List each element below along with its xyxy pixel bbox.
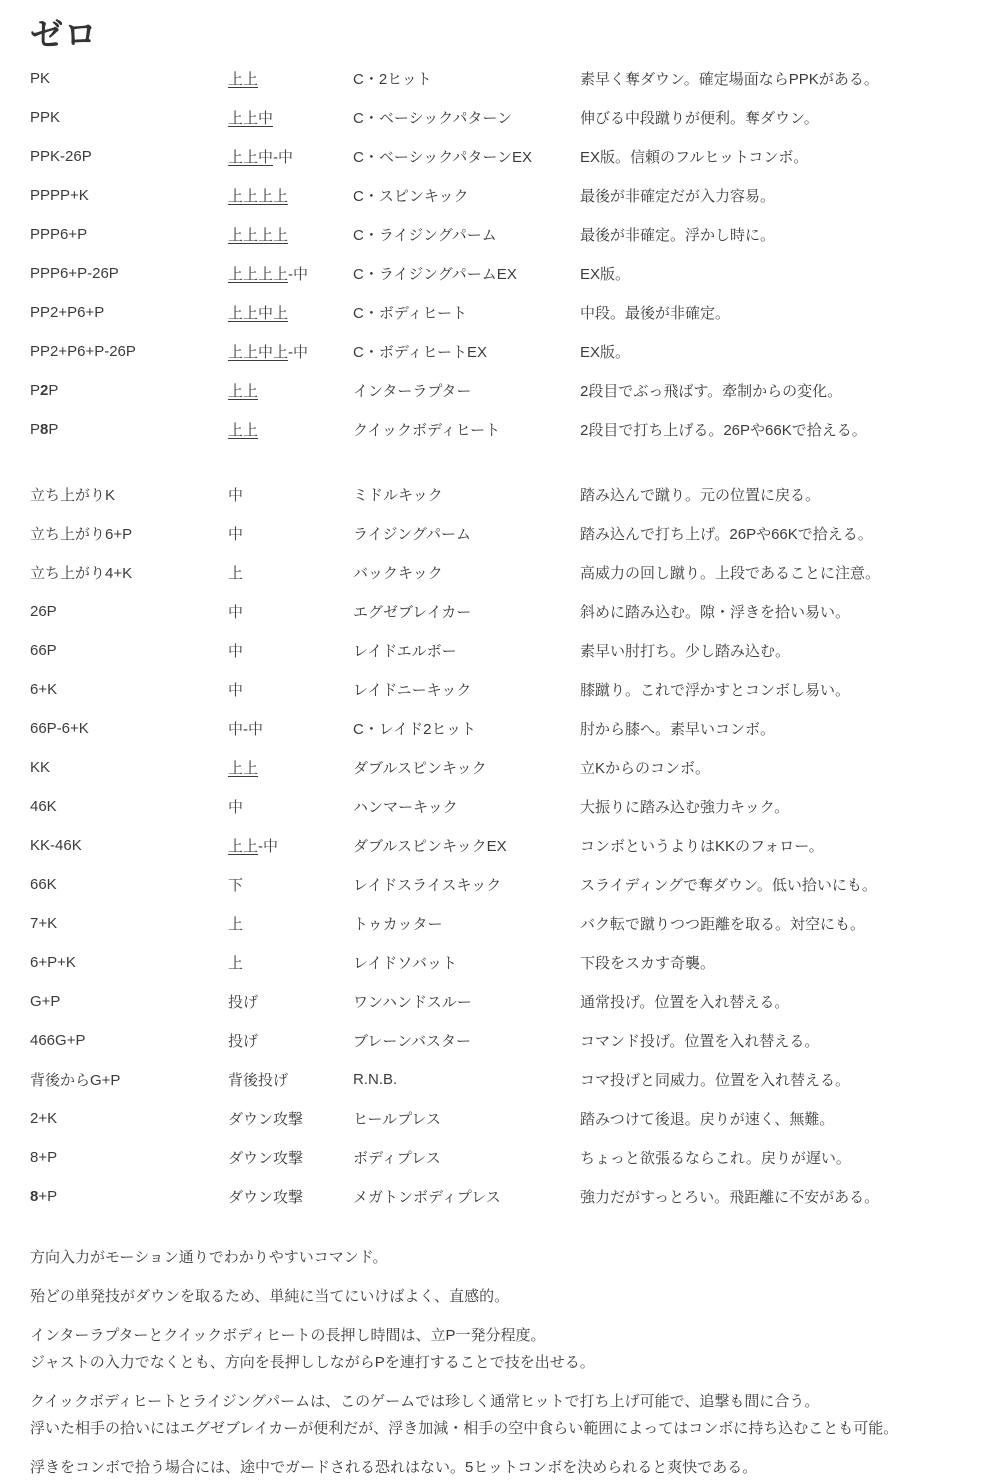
command-segment: 66P-6+K	[30, 720, 89, 737]
move-description-cell: 伸びる中段蹴りが便利。奪ダウン。	[580, 107, 960, 128]
table-row: 7+K上トゥカッターバク転で蹴りつつ距離を取る。対空にも。	[30, 904, 960, 943]
table-row: 立ち上がり6+P中ライジングパーム踏み込んで打ち上げ。26Pや66Kで拾える。	[30, 514, 960, 553]
hit-level-segment: 中-中	[228, 721, 263, 738]
move-name-cell: ダブルスピンキックEX	[353, 835, 580, 856]
command-segment: 8+P	[30, 1149, 57, 1166]
command-segment: PPK	[30, 109, 60, 126]
hit-level-cell: 中	[228, 523, 353, 544]
section-gap	[30, 449, 960, 475]
table-row: 26P中エグゼブレイカー斜めに踏み込む。隙・浮きを拾い易い。	[30, 592, 960, 631]
table-row: P8P上上クイックボディヒート2段目で打ち上げる。26Pや66Kで拾える。	[30, 410, 960, 449]
note-paragraph: インターラプターとクイックボディヒートの長押し時間は、立P一発分程度。ジャストの…	[30, 1322, 960, 1376]
note-paragraph: クイックボディヒートとライジングパームは、このゲームでは珍しく通常ヒットで打ち上…	[30, 1388, 960, 1442]
move-description-cell: 最後が非確定だが入力容易。	[580, 185, 960, 206]
command-cell: 66P	[30, 642, 228, 659]
move-name-cell: R.N.B.	[353, 1071, 580, 1088]
move-name-cell: C・ベーシックパターン	[353, 107, 580, 128]
hit-level-segment: 上	[228, 565, 243, 582]
hit-level-segment: 上上中	[228, 149, 273, 166]
hit-level-segment: 投げ	[228, 1033, 258, 1050]
command-segment: 立ち上がりK	[30, 487, 115, 504]
command-segment: 立ち上がり4+K	[30, 565, 132, 582]
move-name-cell: ミドルキック	[353, 484, 580, 505]
hit-level-segment: 上上上上	[228, 188, 288, 205]
command-cell: 66K	[30, 876, 228, 893]
move-name-cell: バックキック	[353, 562, 580, 583]
notes-section: 方向入力がモーション通りでわかりやすいコマンド。殆どの単発技がダウンを取るため、…	[30, 1244, 960, 1481]
hit-level-segment: -中	[258, 838, 278, 855]
hit-level-cell: ダウン攻撃	[228, 1186, 353, 1207]
table-row: 46K中ハンマーキック大振りに踏み込む強力キック。	[30, 787, 960, 826]
command-segment: 466G+P	[30, 1032, 85, 1049]
hit-level-cell: 中	[228, 679, 353, 700]
hit-level-cell: 投げ	[228, 1030, 353, 1051]
move-name-cell: C・ボディヒート	[353, 302, 580, 323]
hit-level-segment: 投げ	[228, 994, 258, 1011]
command-segment: 26P	[30, 603, 57, 620]
move-name-cell: C・ライジングパームEX	[353, 263, 580, 284]
hit-level-segment: 中	[228, 526, 243, 543]
move-name-cell: クイックボディヒート	[353, 419, 580, 440]
hit-level-segment: 背後投げ	[228, 1072, 288, 1089]
table-row: PPK-26P上上中-中C・ベーシックパターンEXEX版。信頼のフルヒットコンボ…	[30, 137, 960, 176]
command-segment: P	[48, 421, 58, 438]
move-name-cell: トゥカッター	[353, 913, 580, 934]
table-row: 466G+P投げブレーンバスターコマンド投げ。位置を入れ替える。	[30, 1021, 960, 1060]
command-cell: PPP6+P	[30, 226, 228, 243]
move-name-cell: ハンマーキック	[353, 796, 580, 817]
command-cell: PP2+P6+P-26P	[30, 343, 228, 360]
hit-level-segment: 上	[228, 916, 243, 933]
table-row: PPP6+P-26P上上上上-中C・ライジングパームEXEX版。	[30, 254, 960, 293]
move-description-cell: 素早い肘打ち。少し踏み込む。	[580, 640, 960, 661]
hit-level-segment: 下	[228, 877, 243, 894]
move-description-cell: ちょっと欲張るならこれ。戻りが遅い。	[580, 1147, 960, 1168]
move-name-cell: ブレーンバスター	[353, 1030, 580, 1051]
command-cell: PP2+P6+P	[30, 304, 228, 321]
move-description-cell: 斜めに踏み込む。隙・浮きを拾い易い。	[580, 601, 960, 622]
hit-level-cell: 中	[228, 640, 353, 661]
note-paragraph: 浮きをコンボで拾う場合には、途中でガードされる恐れはない。5ヒットコンボを決めら…	[30, 1454, 960, 1481]
command-segment: 7+K	[30, 915, 57, 932]
move-description-cell: 踏み込んで打ち上げ。26Pや66Kで拾える。	[580, 523, 960, 544]
table-row: 6+P+K上レイドソバット下段をスカす奇襲。	[30, 943, 960, 982]
move-description-cell: EX版。	[580, 341, 960, 362]
hit-level-segment: 中	[228, 643, 243, 660]
move-name-cell: メガトンボディプレス	[353, 1186, 580, 1207]
hit-level-segment: 上上上上	[228, 227, 288, 244]
command-segment: KK	[30, 759, 50, 776]
move-name-cell: C・ベーシックパターンEX	[353, 146, 580, 167]
hit-level-segment: 上上	[228, 760, 258, 777]
command-cell: P8P	[30, 421, 228, 438]
move-description-cell: 踏み込んで蹴り。元の位置に戻る。	[580, 484, 960, 505]
command-cell: 7+K	[30, 915, 228, 932]
command-segment: PK	[30, 70, 50, 87]
hit-level-segment: -中	[288, 266, 308, 283]
table-row: 66P中レイドエルボー素早い肘打ち。少し踏み込む。	[30, 631, 960, 670]
command-cell: 26P	[30, 603, 228, 620]
move-name-cell: C・レイド2ヒット	[353, 718, 580, 739]
move-name-cell: レイドエルボー	[353, 640, 580, 661]
note-paragraph: 方向入力がモーション通りでわかりやすいコマンド。	[30, 1244, 960, 1271]
command-segment: 2+K	[30, 1110, 57, 1127]
hit-level-segment: 上上	[228, 383, 258, 400]
command-cell: 立ち上がり4+K	[30, 562, 228, 583]
move-name-cell: C・ボディヒートEX	[353, 341, 580, 362]
move-description-cell: 立Kからのコンボ。	[580, 757, 960, 778]
move-name-cell: レイドニーキック	[353, 679, 580, 700]
table-row: 8+Pダウン攻撃ボディプレスちょっと欲張るならこれ。戻りが遅い。	[30, 1138, 960, 1177]
move-name-cell: ダブルスピンキック	[353, 757, 580, 778]
command-cell: 背後からG+P	[30, 1069, 228, 1090]
table-row: G+P投げワンハンドスルー通常投げ。位置を入れ替える。	[30, 982, 960, 1021]
command-segment: PP2+P6+P-26P	[30, 343, 136, 360]
command-cell: 466G+P	[30, 1032, 228, 1049]
hit-level-segment: ダウン攻撃	[228, 1150, 303, 1167]
table-row: PK上上C・2ヒット素早く奪ダウン。確定場面ならPPKがある。	[30, 59, 960, 98]
hit-level-cell: ダウン攻撃	[228, 1108, 353, 1129]
hit-level-cell: ダウン攻撃	[228, 1147, 353, 1168]
hit-level-cell: 上上上上	[228, 224, 353, 245]
hit-level-segment: 上上中上	[228, 344, 288, 361]
move-description-cell: 肘から膝へ。素早いコンボ。	[580, 718, 960, 739]
move-description-cell: 大振りに踏み込む強力キック。	[580, 796, 960, 817]
command-segment: 6+K	[30, 681, 57, 698]
hit-level-segment: 中	[228, 604, 243, 621]
command-segment: PPK-26P	[30, 148, 92, 165]
move-description-cell: EX版。	[580, 263, 960, 284]
hit-level-cell: 下	[228, 874, 353, 895]
hit-level-cell: 背後投げ	[228, 1069, 353, 1090]
table-row: 立ち上がりK中ミドルキック踏み込んで蹴り。元の位置に戻る。	[30, 475, 960, 514]
move-description-cell: コマンド投げ。位置を入れ替える。	[580, 1030, 960, 1051]
command-segment: 6+P+K	[30, 954, 76, 971]
move-description-cell: スライディングで奪ダウン。低い拾いにも。	[580, 874, 960, 895]
command-segment: P	[30, 421, 40, 438]
move-description-cell: 2段目でぶっ飛ばす。牽制からの変化。	[580, 380, 960, 401]
hit-level-cell: 中	[228, 601, 353, 622]
hit-level-segment: -中	[288, 344, 308, 361]
hit-level-segment: 中	[228, 487, 243, 504]
command-segment: PPPP+K	[30, 187, 89, 204]
table-row: 立ち上がり4+K上バックキック高威力の回し蹴り。上段であることに注意。	[30, 553, 960, 592]
command-cell: PK	[30, 70, 228, 87]
table-row: 6+K中レイドニーキック膝蹴り。これで浮かすとコンボし易い。	[30, 670, 960, 709]
hit-level-cell: 上上-中	[228, 835, 353, 856]
table-row: KK上上ダブルスピンキック立Kからのコンボ。	[30, 748, 960, 787]
hit-level-cell: 上上上上	[228, 185, 353, 206]
command-cell: 46K	[30, 798, 228, 815]
hit-level-cell: 上	[228, 952, 353, 973]
page-title: ゼロ	[30, 14, 960, 55]
command-segment: PPP6+P-26P	[30, 265, 119, 282]
command-segment: 66K	[30, 876, 57, 893]
command-cell: KK	[30, 759, 228, 776]
move-name-cell: ワンハンドスルー	[353, 991, 580, 1012]
hit-level-cell: 中	[228, 796, 353, 817]
command-cell: 8+P	[30, 1149, 228, 1166]
move-name-cell: インターラプター	[353, 380, 580, 401]
command-segment: PPP6+P	[30, 226, 87, 243]
move-name-cell: ボディプレス	[353, 1147, 580, 1168]
move-description-cell: 下段をスカす奇襲。	[580, 952, 960, 973]
hit-level-cell: 上上中	[228, 107, 353, 128]
command-cell: 6+P+K	[30, 954, 228, 971]
hit-level-cell: 上上	[228, 419, 353, 440]
hit-level-cell: 投げ	[228, 991, 353, 1012]
move-name-cell: レイドスライスキック	[353, 874, 580, 895]
command-segment: P	[48, 382, 58, 399]
table-row: 8+Pダウン攻撃メガトンボディプレス強力だがすっとろい。飛距離に不安がある。	[30, 1177, 960, 1216]
move-description-cell: コマ投げと同威力。位置を入れ替える。	[580, 1069, 960, 1090]
table-row: PPPP+K上上上上C・スピンキック最後が非確定だが入力容易。	[30, 176, 960, 215]
command-cell: 2+K	[30, 1110, 228, 1127]
hit-level-cell: 上	[228, 913, 353, 934]
move-description-cell: 膝蹴り。これで浮かすとコンボし易い。	[580, 679, 960, 700]
hit-level-segment: 上上上上	[228, 266, 288, 283]
move-name-cell: C・スピンキック	[353, 185, 580, 206]
hit-level-cell: 上上上上-中	[228, 263, 353, 284]
move-description-cell: 高威力の回し蹴り。上段であることに注意。	[580, 562, 960, 583]
move-description-cell: 中段。最後が非確定。	[580, 302, 960, 323]
move-description-cell: EX版。信頼のフルヒットコンボ。	[580, 146, 960, 167]
hit-level-segment: -中	[273, 149, 293, 166]
move-description-cell: コンボというよりはKKのフォロー。	[580, 835, 960, 856]
command-segment: 背後からG+P	[30, 1072, 120, 1089]
command-cell: PPP6+P-26P	[30, 265, 228, 282]
hit-level-segment: 上上中上	[228, 305, 288, 322]
move-description-cell: 通常投げ。位置を入れ替える。	[580, 991, 960, 1012]
hit-level-cell: 上	[228, 562, 353, 583]
command-segment: 66P	[30, 642, 57, 659]
table-row: 背後からG+P背後投げR.N.B.コマ投げと同威力。位置を入れ替える。	[30, 1060, 960, 1099]
command-cell: 立ち上がりK	[30, 484, 228, 505]
command-cell: 66P-6+K	[30, 720, 228, 737]
command-cell: 立ち上がり6+P	[30, 523, 228, 544]
command-cell: KK-46K	[30, 837, 228, 854]
move-name-cell: ライジングパーム	[353, 523, 580, 544]
table-row: PPP6+P上上上上C・ライジングパーム最後が非確定。浮かし時に。	[30, 215, 960, 254]
hit-level-cell: 上上	[228, 380, 353, 401]
table-row: KK-46K上上-中ダブルスピンキックEXコンボというよりはKKのフォロー。	[30, 826, 960, 865]
command-cell: PPPP+K	[30, 187, 228, 204]
table-row: 66K下レイドスライスキックスライディングで奪ダウン。低い拾いにも。	[30, 865, 960, 904]
hit-level-cell: 中	[228, 484, 353, 505]
command-cell: 8+P	[30, 1188, 228, 1205]
move-description-cell: 2段目で打ち上げる。26Pや66Kで拾える。	[580, 419, 960, 440]
hit-level-segment: 上上	[228, 71, 258, 88]
table-row: P2P上上インターラプター2段目でぶっ飛ばす。牽制からの変化。	[30, 371, 960, 410]
command-segment: KK-46K	[30, 837, 82, 854]
move-description-cell: 踏みつけて後退。戻りが速く、無難。	[580, 1108, 960, 1129]
move-description-cell: バク転で蹴りつつ距離を取る。対空にも。	[580, 913, 960, 934]
note-paragraph: 殆どの単発技がダウンを取るため、単純に当てにいけばよく、直感的。	[30, 1283, 960, 1310]
hit-level-segment: ダウン攻撃	[228, 1189, 303, 1206]
hit-level-cell: 上上	[228, 68, 353, 89]
move-name-cell: C・ライジングパーム	[353, 224, 580, 245]
hit-level-segment: 上	[228, 955, 243, 972]
hit-level-cell: 上上	[228, 757, 353, 778]
hit-level-segment: 中	[228, 799, 243, 816]
command-cell: PPK	[30, 109, 228, 126]
table-row: PPK上上中C・ベーシックパターン伸びる中段蹴りが便利。奪ダウン。	[30, 98, 960, 137]
move-description-cell: 素早く奪ダウン。確定場面ならPPKがある。	[580, 68, 960, 89]
command-segment: 立ち上がり6+P	[30, 526, 132, 543]
command-cell: 6+K	[30, 681, 228, 698]
hit-level-cell: 上上中-中	[228, 146, 353, 167]
table-row: PP2+P6+P-26P上上中上-中C・ボディヒートEXEX版。	[30, 332, 960, 371]
command-segment: G+P	[30, 993, 60, 1010]
move-name-cell: C・2ヒット	[353, 68, 580, 89]
hit-level-segment: 上上	[228, 422, 258, 439]
table-row: 66P-6+K中-中C・レイド2ヒット肘から膝へ。素早いコンボ。	[30, 709, 960, 748]
move-name-cell: エグゼブレイカー	[353, 601, 580, 622]
hit-level-segment: 上上	[228, 838, 258, 855]
hit-level-segment: 上上中	[228, 110, 273, 127]
command-segment: P	[30, 382, 40, 399]
hit-level-segment: ダウン攻撃	[228, 1111, 303, 1128]
move-description-cell: 最後が非確定。浮かし時に。	[580, 224, 960, 245]
table-row: 2+Kダウン攻撃ヒールプレス踏みつけて後退。戻りが速く、無難。	[30, 1099, 960, 1138]
command-segment: PP2+P6+P	[30, 304, 104, 321]
table-row: PP2+P6+P上上中上C・ボディヒート中段。最後が非確定。	[30, 293, 960, 332]
command-cell: G+P	[30, 993, 228, 1010]
page: ゼロ PK上上C・2ヒット素早く奪ダウン。確定場面ならPPKがある。PPK上上中…	[0, 0, 984, 1481]
hit-level-cell: 上上中上	[228, 302, 353, 323]
hit-level-cell: 中-中	[228, 718, 353, 739]
command-cell: PPK-26P	[30, 148, 228, 165]
move-table: PK上上C・2ヒット素早く奪ダウン。確定場面ならPPKがある。PPK上上中C・ベ…	[30, 59, 960, 1216]
hit-level-segment: 中	[228, 682, 243, 699]
move-name-cell: レイドソバット	[353, 952, 580, 973]
command-cell: P2P	[30, 382, 228, 399]
hit-level-cell: 上上中上-中	[228, 341, 353, 362]
command-segment: +P	[38, 1188, 57, 1205]
move-name-cell: ヒールプレス	[353, 1108, 580, 1129]
command-segment: 46K	[30, 798, 57, 815]
move-description-cell: 強力だがすっとろい。飛距離に不安がある。	[580, 1186, 960, 1207]
